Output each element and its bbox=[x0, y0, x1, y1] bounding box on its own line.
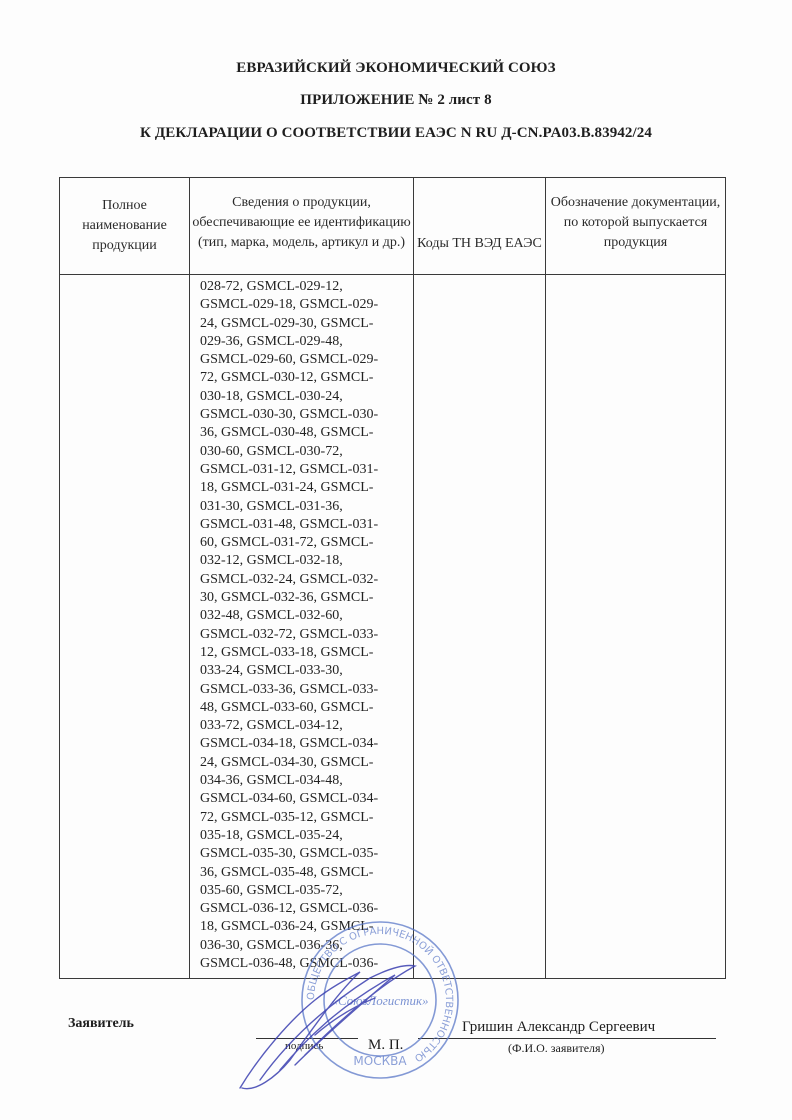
model-list-line: 24, GSMCL-029-30, GSMCL- bbox=[200, 315, 411, 333]
model-list-line: 034-36, GSMCL-034-48, bbox=[200, 772, 411, 790]
cell-hs-codes bbox=[414, 275, 546, 979]
model-list-line: 035-18, GSMCL-035-24, bbox=[200, 827, 411, 845]
column-header-label: Коды ТН ВЭД ЕАЭС bbox=[414, 199, 545, 254]
model-list-line: 72, GSMCL-035-12, GSMCL- bbox=[200, 809, 411, 827]
model-list-line: 48, GSMCL-033-60, GSMCL- bbox=[200, 699, 411, 717]
model-list-line: GSMCL-029-18, GSMCL-029- bbox=[200, 296, 411, 314]
union-title: ЕВРАЗИЙСКИЙ ЭКОНОМИЧЕСКИЙ СОЮЗ bbox=[0, 60, 792, 77]
model-list-line: GSMCL-029-60, GSMCL-029- bbox=[200, 351, 411, 369]
declaration-title: К ДЕКЛАРАЦИИ О СООТВЕТСТВИИ ЕАЭС N RU Д-… bbox=[0, 125, 792, 142]
column-header-label: Сведения о продукции, обеспечивающие ее … bbox=[190, 193, 413, 259]
model-list-line: GSMCL-031-48, GSMCL-031- bbox=[200, 516, 411, 534]
model-list-line: GSMCL-030-30, GSMCL-030- bbox=[200, 406, 411, 424]
model-list-line: 033-24, GSMCL-033-30, bbox=[200, 662, 411, 680]
model-list-line: 60, GSMCL-031-72, GSMCL- bbox=[200, 534, 411, 552]
applicant-name: Гришин Александр Сергеевич bbox=[462, 1019, 655, 1036]
model-list-line: GSMCL-031-12, GSMCL-031- bbox=[200, 461, 411, 479]
model-list-line: 028-72, GSMCL-029-12, bbox=[200, 278, 411, 296]
model-list-line: 36, GSMCL-035-48, GSMCL- bbox=[200, 864, 411, 882]
model-list-line: 18, GSMCL-031-24, GSMCL- bbox=[200, 479, 411, 497]
model-list-line: 12, GSMCL-033-18, GSMCL- bbox=[200, 644, 411, 662]
cell-product-name bbox=[60, 275, 190, 979]
name-line bbox=[418, 1038, 716, 1039]
column-header-label: Обозначение документации, по которой вып… bbox=[546, 193, 725, 259]
model-list-line: GSMCL-033-36, GSMCL-033- bbox=[200, 681, 411, 699]
model-list-line: GSMCL-034-60, GSMCL-034- bbox=[200, 790, 411, 808]
model-list-line: GSMCL-032-24, GSMCL-032- bbox=[200, 571, 411, 589]
column-header-documentation: Обозначение документации, по которой вып… bbox=[546, 178, 726, 275]
column-header-label: Полное наименование продукции bbox=[82, 198, 167, 253]
applicant-label: Заявитель bbox=[68, 1016, 134, 1032]
cell-identification: 028-72, GSMCL-029-12,GSMCL-029-18, GSMCL… bbox=[190, 275, 414, 979]
model-list-line: 033-72, GSMCL-034-12, bbox=[200, 717, 411, 735]
name-caption: (Ф.И.О. заявителя) bbox=[508, 1041, 605, 1056]
model-list-line: GSMCL-034-18, GSMCL-034- bbox=[200, 735, 411, 753]
model-list-line: 032-12, GSMCL-032-18, bbox=[200, 552, 411, 570]
column-header-identification: Сведения о продукции, обеспечивающие ее … bbox=[190, 178, 414, 275]
model-list-line: 031-30, GSMCL-031-36, bbox=[200, 498, 411, 516]
appendix-title: ПРИЛОЖЕНИЕ № 2 лист 8 bbox=[0, 92, 792, 109]
model-list-line: GSMCL-032-72, GSMCL-033- bbox=[200, 626, 411, 644]
model-list-line: 30, GSMCL-032-36, GSMCL- bbox=[200, 589, 411, 607]
model-list-line: GSMCL-035-30, GSMCL-035- bbox=[200, 845, 411, 863]
column-header-product-name: Полное наименование продукции bbox=[60, 178, 190, 275]
model-list-line: 035-60, GSMCL-035-72, bbox=[200, 882, 411, 900]
model-list-line: 029-36, GSMCL-029-48, bbox=[200, 333, 411, 351]
model-list-line: 030-18, GSMCL-030-24, bbox=[200, 388, 411, 406]
signature-icon bbox=[220, 960, 460, 1100]
model-list-line: 032-48, GSMCL-032-60, bbox=[200, 607, 411, 625]
table-row: 028-72, GSMCL-029-12,GSMCL-029-18, GSMCL… bbox=[60, 275, 726, 979]
model-list-line: 030-60, GSMCL-030-72, bbox=[200, 443, 411, 461]
model-list-line: 36, GSMCL-030-48, GSMCL- bbox=[200, 424, 411, 442]
table-header-row: Полное наименование продукции Сведения о… bbox=[60, 178, 726, 275]
model-list-line: 72, GSMCL-030-12, GSMCL- bbox=[200, 369, 411, 387]
model-list-line: 24, GSMCL-034-30, GSMCL- bbox=[200, 754, 411, 772]
products-table: Полное наименование продукции Сведения о… bbox=[59, 177, 726, 979]
column-header-hs-codes: Коды ТН ВЭД ЕАЭС bbox=[414, 178, 546, 275]
cell-documentation bbox=[546, 275, 726, 979]
